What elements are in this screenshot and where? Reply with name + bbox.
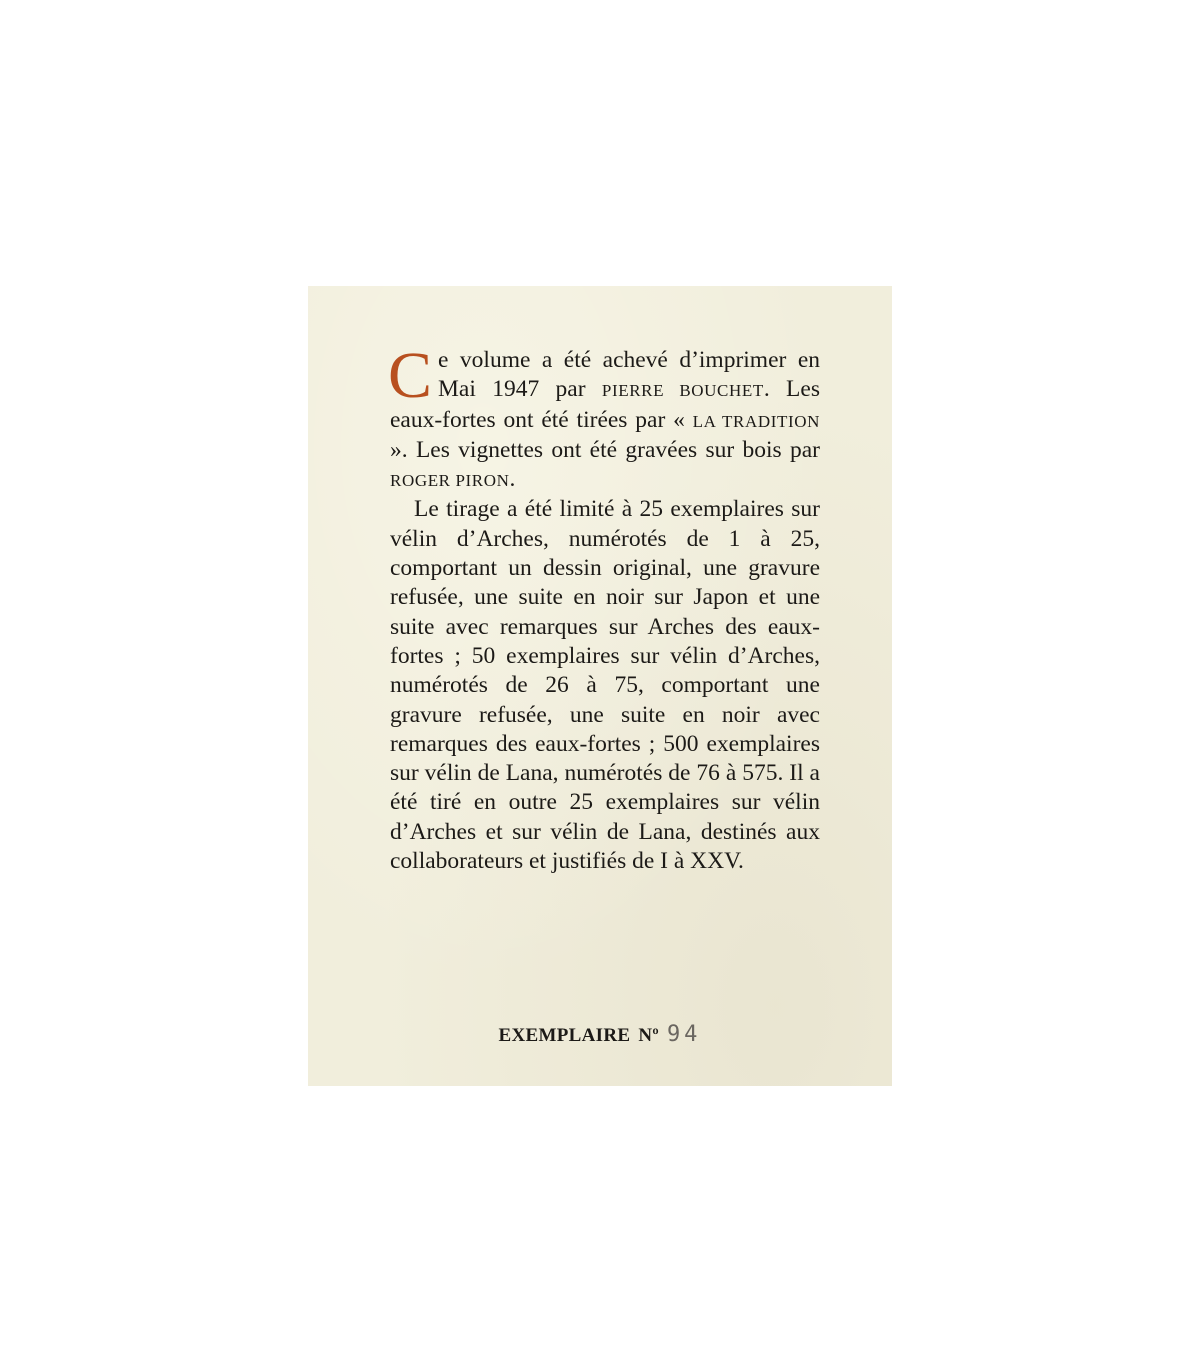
printer-name: Pierre Bouchet <box>602 381 764 400</box>
text-segment: . <box>509 466 515 492</box>
copy-number-line: EXEMPLAIRENº94 <box>308 1022 892 1047</box>
number-sign: Nº <box>638 1025 659 1046</box>
colophon-page: Ce volume a été achevé d’imprimer en Mai… <box>308 286 892 1086</box>
colophon-paragraph-1: Ce volume a été achevé d’imprimer en Mai… <box>390 346 820 495</box>
etcher-name: La Tradition <box>693 412 820 431</box>
text-segment: ». Les vignettes ont été gra­vées sur bo… <box>390 437 820 463</box>
engraver-name: Roger Piron <box>390 471 509 490</box>
drop-cap: C <box>388 350 432 402</box>
colophon-paragraph-2: Le tirage a été limité à 25 exemplaires … <box>390 495 820 876</box>
copy-number: 94 <box>667 1022 702 1047</box>
copy-label: EXEMPLAIRE <box>499 1025 631 1046</box>
colophon-text: Ce volume a été achevé d’imprimer en Mai… <box>390 346 820 876</box>
